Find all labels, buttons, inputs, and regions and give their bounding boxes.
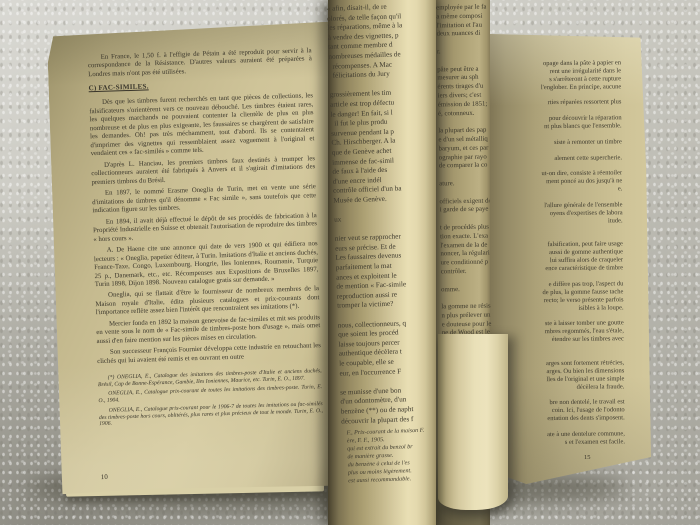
- rolled-page-1-text: « afin, disait-il, de reolorés, de telle…: [327, 1, 442, 486]
- text-line-fragment: ate à une dentelure commune,: [547, 430, 625, 438]
- text-line-fragment: l'englober. En principe, aucune: [541, 83, 621, 91]
- left-page-text: En France, le 1,50 f. à l'effigie de Pét…: [88, 47, 324, 430]
- text-line-fragment: alement cette supercherie.: [554, 154, 622, 162]
- text-line-fragment: ste à laisser tomber une goutte: [545, 320, 624, 328]
- text-line: s et l'examen est facile.: [493, 438, 625, 447]
- paragraph: D'après L. Hanciau, les premiers timbres…: [91, 155, 316, 187]
- text-line-fragment: ment poncé au dos jusqu'à ne: [546, 178, 622, 186]
- text-line-fragment: rent une irrégularité dans le: [550, 67, 622, 75]
- text-line-fragment: itude.: [608, 217, 623, 224]
- intro-paragraph: En France, le 1,50 f. à l'effigie de Pét…: [88, 47, 313, 79]
- text-line-fragment: e diffère pas trop, l'aspect du: [549, 280, 624, 288]
- paragraph: Dès que les timbres furent recherchés en…: [89, 93, 315, 159]
- paragraph: En 1897, le nommé Erasme Oneglia de Turi…: [92, 183, 317, 215]
- text-line-fragment: nt plus blancs que l'ensemble.: [544, 122, 622, 130]
- text-line-fragment: siste à remonter un timbre: [554, 138, 622, 146]
- text-line-fragment: ence caractéristique de timbre: [545, 264, 623, 272]
- text-line-fragment: lui suffira alors de craqueler: [550, 257, 623, 265]
- page-number-left: 10: [101, 473, 108, 481]
- rolled-page-1: « afin, disait-il, de reolorés, de telle…: [328, 0, 436, 525]
- text-line-fragment: falsification, peut faire usage: [547, 241, 623, 249]
- paragraph: Mercier fonda en 1892 la maison genevois…: [96, 314, 321, 346]
- rolled-page-2-text: employée par le faa même composil'imitat…: [436, 4, 492, 339]
- text-line-fragment: rties réparées ressortent plus: [548, 99, 622, 107]
- rolled-page-2-blank-roll: [438, 334, 508, 510]
- paragraph: Son successeur François Fournier dévelop…: [97, 342, 321, 366]
- page-number-right: 15: [584, 454, 591, 461]
- text-line-fragment: pour découvrir la réparation: [549, 115, 622, 123]
- text-line-fragment: s et l'examen est facile.: [565, 438, 625, 446]
- text-line-fragment: étendre sur les timbres avec: [552, 335, 624, 343]
- right-page: opage dans la pâte à papier enrent une i…: [489, 34, 651, 484]
- text-line-fragment: aussi de gomme authentique: [549, 249, 623, 257]
- left-page: En France, le 1,50 f. à l'effigie de Pét…: [47, 22, 344, 495]
- text-line-fragment: opage dans la pâte à papier en: [543, 59, 621, 67]
- text-line-fragment: mbres regommés, l'eau s'étale,: [545, 328, 624, 336]
- text-line-fragment: l'allure générale de l'ensemble: [544, 201, 622, 209]
- text-line-fragment: s s'arrêteront à cette rupture: [549, 75, 621, 83]
- text-line: découvrir la plupart des f: [341, 414, 439, 427]
- footnote: ONEGLIA, E., Catalogue prix-courant pour…: [99, 401, 324, 429]
- paragraph: A. De Haene cite une annonce qui date de…: [94, 240, 319, 289]
- text-line-fragment: ut-on dire, consiste à réentoiler: [541, 170, 622, 178]
- text-line-fragment: arges. Ou bien les dimensions: [546, 367, 624, 375]
- rolled-page-1-footnotes: F., Prix-courant de la maison F.ère, F. …: [341, 427, 441, 486]
- paragraph: En 1894, il avait déjà effectué le dépôt…: [93, 212, 318, 244]
- paragraph-list: Dès que les timbres furent recherchés en…: [89, 93, 321, 367]
- right-page-text: opage dans la pâte à papier enrent une i…: [489, 59, 625, 447]
- text-line-fragment: entation des dents s'imposent.: [547, 414, 624, 422]
- text-line-fragment: e.: [618, 186, 623, 193]
- footnote-list: (*) ONEGLIA, E., Catalogue des imitation…: [98, 368, 324, 428]
- paragraph: Oneglia, qui se flattait d'être le fourn…: [95, 286, 320, 318]
- text-line-fragment: coin. Ici, l'usage de l'odonto: [552, 406, 625, 414]
- text-line-fragment: arges sont fortement rétrécies,: [546, 359, 624, 367]
- text-line-fragment: recto; le verso présente parfois: [544, 296, 624, 304]
- text-line-fragment: bre non dentelé, le travail est: [549, 399, 624, 407]
- text-line-fragment: oyens d'expertises de labora: [550, 209, 623, 217]
- text-line-fragment: lles de l'original et une simple: [546, 375, 624, 383]
- text-line-fragment: de plus, la gomme fausse tache: [542, 288, 623, 296]
- rolled-page-1-lines: « afin, disait-il, de reolorés, de telle…: [327, 1, 440, 426]
- section-heading: C) FAC-SIMILES.: [89, 78, 313, 94]
- text-line-fragment: isibles à la loupe.: [578, 304, 623, 311]
- text-line-fragment: décèlera la fraude.: [577, 383, 625, 391]
